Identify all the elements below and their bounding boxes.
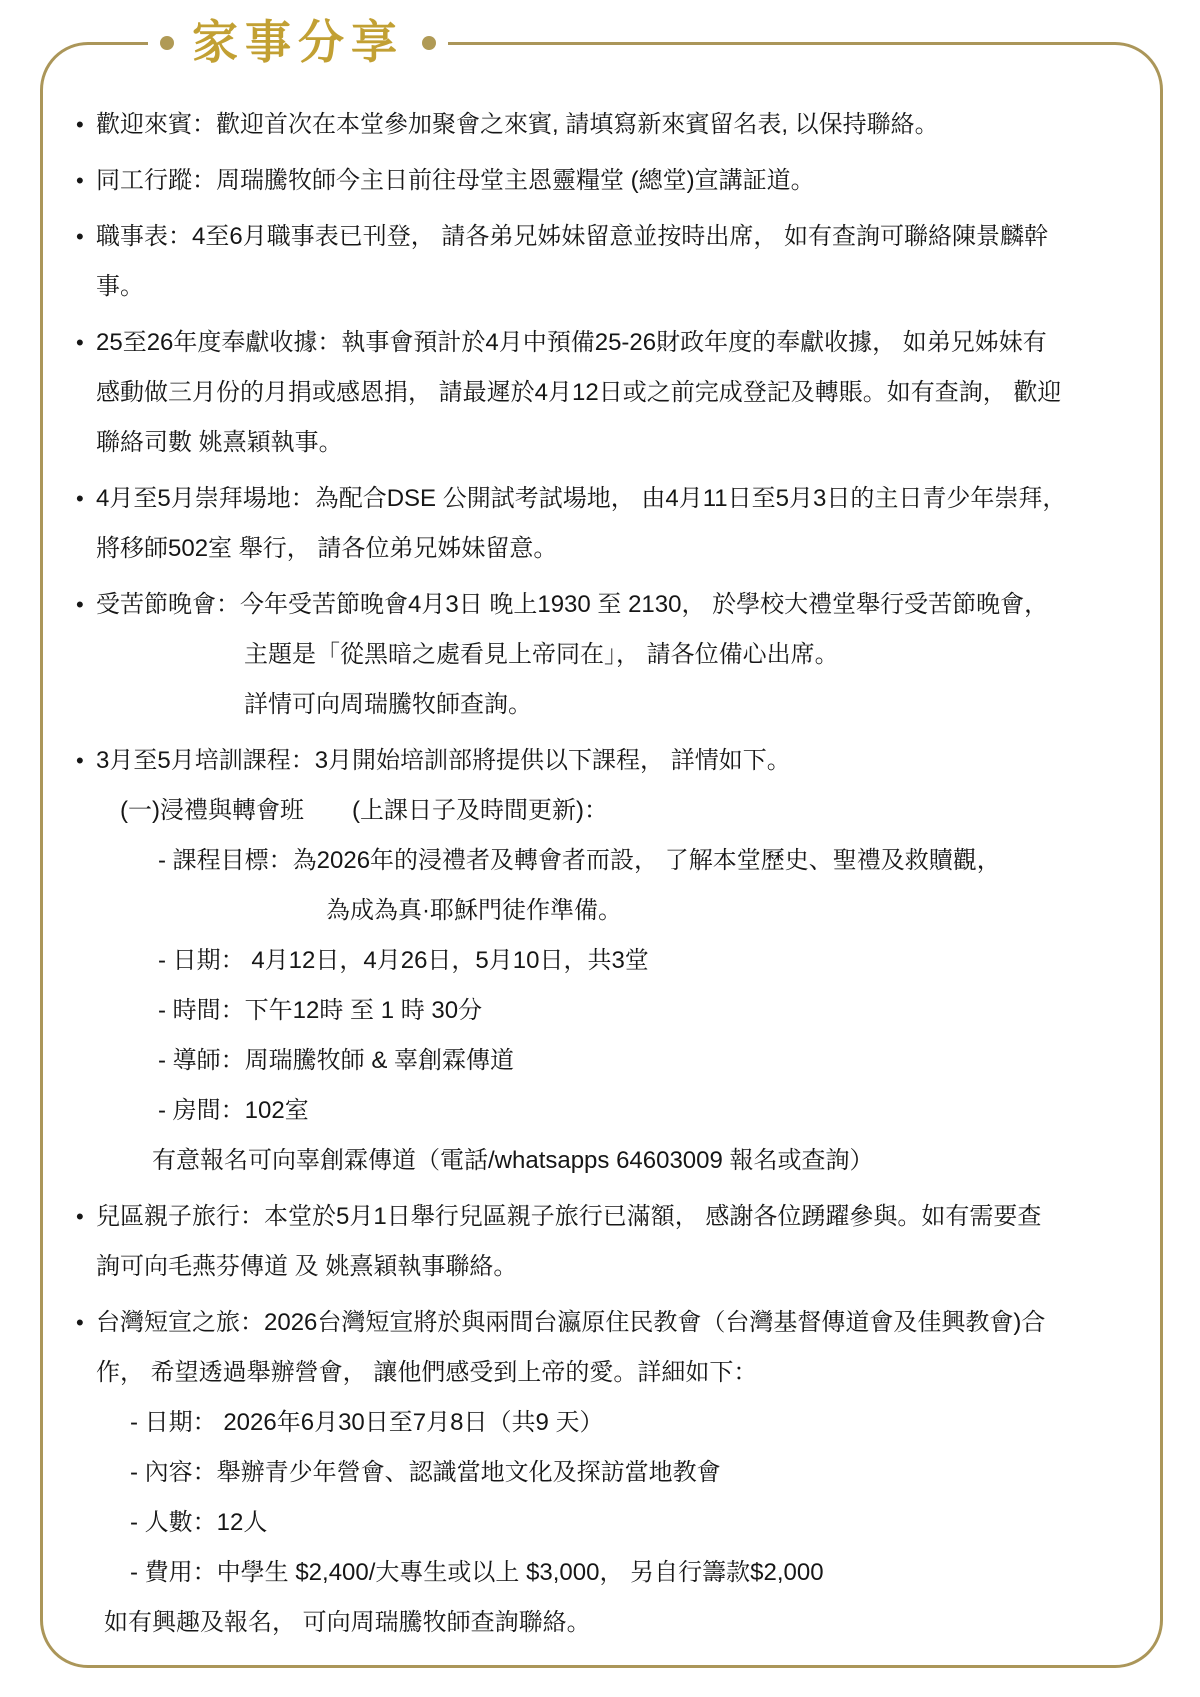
announcement-text: - 課程目標：為2026年的浸禮者及轉會者而設， 了解本堂歷史、聖禮及救贖觀， [158,847,1001,874]
announcement-text: - 費用：中學生 $2,400/大專生或以上 $3,000， 另自行籌款$2,0… [130,1559,824,1586]
announcement-text: - 內容：舉辦青少年營會、認識當地文化及探訪當地教會 [130,1459,721,1486]
bullet-icon: • [76,1298,84,1348]
announcement: • 歡迎來賓：歡迎首次在本堂參加聚會之來賓, 請填寫新來賓留名表, 以保持聯絡。 [74,100,1136,150]
announcement-text: 如有興趣及報名， 可向周瑞騰牧師查詢聯絡。 [104,1609,591,1636]
announcement-line: - 導師：周瑞騰牧師 & 辜創霖傳道 [74,1036,1136,1086]
bullet-icon: • [76,1192,84,1242]
announcement-text: 有意報名可向辜創霖傳道（電話/whatsapps 64603009 報名或查詢） [152,1147,874,1174]
announcement-line: • 受苦節晚會：今年受苦節晚會4月3日 晚上1930 至 2130， 於學校大禮… [74,580,1136,630]
announcement: • 台灣短宣之旅：2026台灣短宣將於與兩間台瀛原住民教會（台灣基督傳道會及佳興… [74,1298,1136,1648]
announcement-text: - 導師：周瑞騰牧師 & 辜創霖傳道 [158,1047,514,1074]
announcement-line: (一)浸禮與轉會班 (上課日子及時間更新)： [74,786,1136,836]
announcement: • 職事表：4至6月職事表已刊登， 請各弟兄姊妹留意並按時出席， 如有查詢可聯絡… [74,212,1136,312]
announcement-line: - 費用：中學生 $2,400/大專生或以上 $3,000， 另自行籌款$2,0… [74,1548,1136,1598]
announcement-line: 事。 [74,262,1136,312]
announcement-line: 感動做三月份的月捐或感恩捐， 請最遲於4月12日或之前完成登記及轉賬。如有查詢，… [74,368,1136,418]
announcement-text: 職事表：4至6月職事表已刊登， 請各弟兄姊妹留意並按時出席， 如有查詢可聯絡陳景… [96,223,1048,250]
announcement-text: 感動做三月份的月捐或感恩捐， 請最遲於4月12日或之前完成登記及轉賬。如有查詢，… [96,379,1061,406]
announcement-text: 25至26年度奉獻收據：執事會預計於4月中預備25-26財政年度的奉獻收據， 如… [96,329,1047,356]
bullet-icon: • [76,156,84,206]
announcement: • 同工行蹤：周瑞騰牧師今主日前往母堂主恩靈糧堂 (總堂)宣講証道。 [74,156,1136,206]
title-right-dot-icon [422,36,436,50]
title-left-dot-icon [160,36,174,50]
announcement-line: 作， 希望透過舉辦營會， 讓他們感受到上帝的愛。詳細如下： [74,1348,1136,1398]
announcement-line: - 內容：舉辦青少年營會、認識當地文化及探訪當地教會 [74,1448,1136,1498]
announcement-text: - 人數：12人 [130,1509,267,1536]
announcement-line: • 兒區親子旅行：本堂於5月1日舉行兒區親子旅行已滿額， 感謝各位踴躍參與。如有… [74,1192,1136,1242]
announcement-line: • 4月至5月崇拜場地：為配合DSE 公開試考試場地， 由4月11日至5月3日的… [74,474,1136,524]
announcement: • 3月至5月培訓課程：3月開始培訓部將提供以下課程， 詳情如下。 (一)浸禮與… [74,736,1136,1186]
announcement-text: 將移師502室 舉行， 請各位弟兄姊妹留意。 [96,535,557,562]
announcement-line: • 歡迎來賓：歡迎首次在本堂參加聚會之來賓, 請填寫新來賓留名表, 以保持聯絡。 [74,100,1136,150]
announcement-text: 作， 希望透過舉辦營會， 讓他們感受到上帝的愛。詳細如下： [96,1359,757,1386]
announcement-line: - 人數：12人 [74,1498,1136,1548]
announcement-line: • 3月至5月培訓課程：3月開始培訓部將提供以下課程， 詳情如下。 [74,736,1136,786]
announcement-line: 有意報名可向辜創霖傳道（電話/whatsapps 64603009 報名或查詢） [74,1136,1136,1186]
announcement-text: 4月至5月崇拜場地：為配合DSE 公開試考試場地， 由4月11日至5月3日的主日… [96,485,1066,512]
announcement-line: - 房間：102室 [74,1086,1136,1136]
announcement: • 受苦節晚會：今年受苦節晚會4月3日 晚上1930 至 2130， 於學校大禮… [74,580,1136,730]
announcement-text: 主題是「從黑暗之處看見上帝同在」， 請各位備心出席。 [244,641,839,668]
announcement-text: - 時間：下午12時 至 1 時 30分 [158,997,482,1024]
bullet-icon: • [76,318,84,368]
bullet-icon: • [76,736,84,786]
announcement-line: 如有興趣及報名， 可向周瑞騰牧師查詢聯絡。 [74,1598,1136,1648]
announcement-line: • 台灣短宣之旅：2026台灣短宣將於與兩間台瀛原住民教會（台灣基督傳道會及佳興… [74,1298,1136,1348]
announcement: • 25至26年度奉獻收據：執事會預計於4月中預備25-26財政年度的奉獻收據，… [74,318,1136,468]
announcement-line: - 課程目標：為2026年的浸禮者及轉會者而設， 了解本堂歷史、聖禮及救贖觀， [74,836,1136,886]
announcement-text: - 日期： 4月12日，4月26日，5月10日，共3堂 [158,947,649,974]
announcement-text: (一)浸禮與轉會班 (上課日子及時間更新)： [120,797,608,824]
announcement-list: • 歡迎來賓：歡迎首次在本堂參加聚會之來賓, 請填寫新來賓留名表, 以保持聯絡。… [74,100,1136,1648]
announcement: • 4月至5月崇拜場地：為配合DSE 公開試考試場地， 由4月11日至5月3日的… [74,474,1136,574]
announcement-line: • 職事表：4至6月職事表已刊登， 請各弟兄姊妹留意並按時出席， 如有查詢可聯絡… [74,212,1136,262]
announcement-line: 將移師502室 舉行， 請各位弟兄姊妹留意。 [74,524,1136,574]
announcement-text: 詳情可向周瑞騰牧師查詢。 [244,691,532,718]
bullet-icon: • [76,100,84,150]
bullet-icon: • [76,212,84,262]
announcement-line: 為成為真·耶穌門徒作準備。 [74,886,1136,936]
announcement-text: 事。 [96,273,144,300]
bullet-icon: • [76,474,84,524]
announcement-line: 主題是「從黑暗之處看見上帝同在」， 請各位備心出席。 [74,630,1136,680]
announcement-line: 詳情可向周瑞騰牧師查詢。 [74,680,1136,730]
announcement-text: 台灣短宣之旅：2026台灣短宣將於與兩間台瀛原住民教會（台灣基督傳道會及佳興教會… [96,1309,1045,1336]
announcement-line: 詢可向毛燕芬傳道 及 姚熹穎執事聯絡。 [74,1242,1136,1292]
page-title: 家事分享 [192,19,404,65]
announcement-line: - 日期： 2026年6月30日至7月8日（共9 天） [74,1398,1136,1448]
announcement-text: - 房間：102室 [158,1097,309,1124]
announcement-text: 受苦節晚會：今年受苦節晚會4月3日 晚上1930 至 2130， 於學校大禮堂舉… [96,591,1048,618]
bullet-icon: • [76,580,84,630]
announcement-line: 聯絡司數 姚熹穎執事。 [74,418,1136,468]
announcement-text: 3月至5月培訓課程：3月開始培訓部將提供以下課程， 詳情如下。 [96,747,791,774]
announcement-line: - 時間：下午12時 至 1 時 30分 [74,986,1136,1036]
announcement-line: • 同工行蹤：周瑞騰牧師今主日前往母堂主恩靈糧堂 (總堂)宣講証道。 [74,156,1136,206]
announcement-text: 歡迎來賓：歡迎首次在本堂參加聚會之來賓, 請填寫新來賓留名表, 以保持聯絡。 [96,111,939,138]
announcement-page: 家事分享 • 歡迎來賓：歡迎首次在本堂參加聚會之來賓, 請填寫新來賓留名表, 以… [0,0,1200,1697]
announcement-line: - 日期： 4月12日，4月26日，5月10日，共3堂 [74,936,1136,986]
announcement: • 兒區親子旅行：本堂於5月1日舉行兒區親子旅行已滿額， 感謝各位踴躍參與。如有… [74,1192,1136,1292]
announcement-text: 聯絡司數 姚熹穎執事。 [96,429,343,456]
announcement-line: • 25至26年度奉獻收據：執事會預計於4月中預備25-26財政年度的奉獻收據，… [74,318,1136,368]
announcement-text: - 日期： 2026年6月30日至7月8日（共9 天） [130,1409,603,1436]
announcement-text: 兒區親子旅行：本堂於5月1日舉行兒區親子旅行已滿額， 感謝各位踴躍參與。如有需要… [96,1203,1041,1230]
title-band: 家事分享 [148,10,448,74]
announcement-text: 為成為真·耶穌門徒作準備。 [326,897,622,924]
announcement-text: 詢可向毛燕芬傳道 及 姚熹穎執事聯絡。 [96,1253,517,1280]
announcement-text: 同工行蹤：周瑞騰牧師今主日前往母堂主恩靈糧堂 (總堂)宣講証道。 [96,167,815,194]
